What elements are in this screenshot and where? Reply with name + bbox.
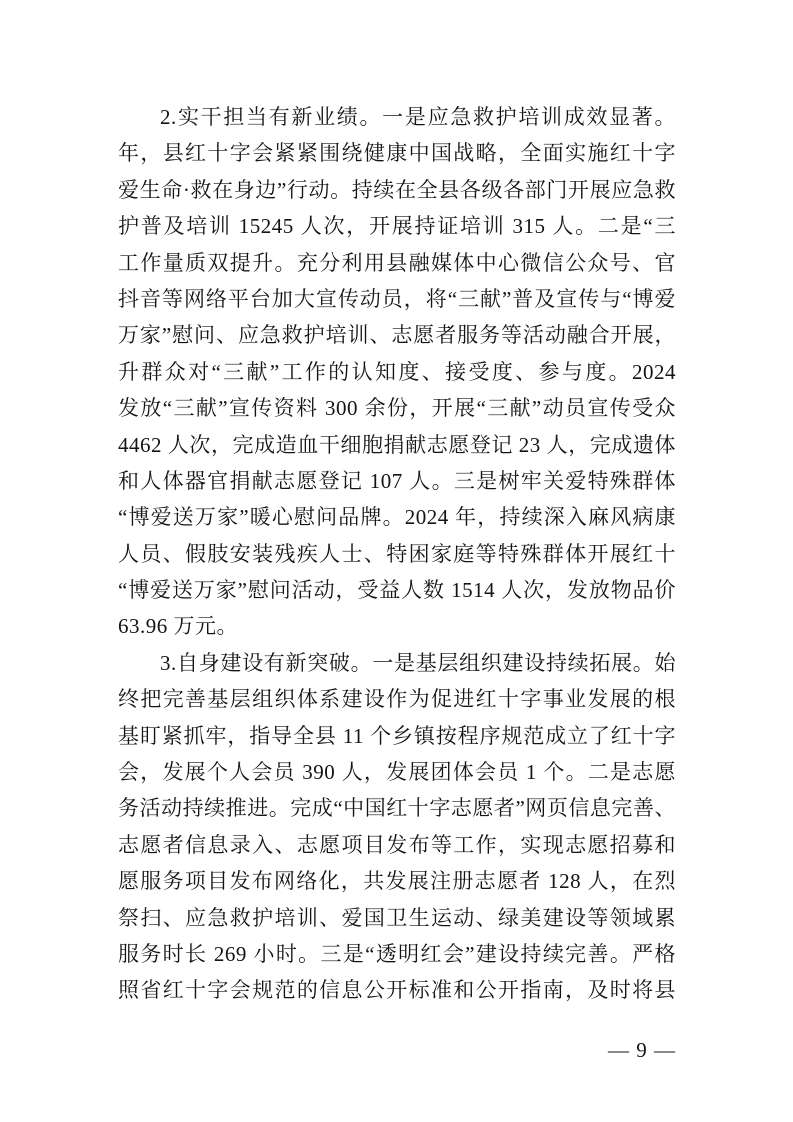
text-line: 63.96 万元。 bbox=[118, 608, 676, 644]
text-line: 照省红十字会规范的信息公开标准和公开指南，及时将县红 bbox=[118, 972, 676, 1008]
document-body: 2.实干担当有新业绩。一是应急救护培训成效显著。2024年，县红十字会紧紧围绕健… bbox=[118, 99, 676, 1009]
text-line: 爱生命·救在身边”行动。持续在全县各级各部门开展应急救 bbox=[118, 172, 676, 208]
paragraph-section-2: 2.实干担当有新业绩。一是应急救护培训成效显著。2024年，县红十字会紧紧围绕健… bbox=[118, 99, 676, 645]
text-line: “博爱送万家”暖心慰问品牌。2024 年，持续深入麻风病康复 bbox=[118, 499, 676, 535]
document-page: 2.实干担当有新业绩。一是应急救护培训成效显著。2024年，县红十字会紧紧围绕健… bbox=[0, 0, 793, 1122]
text-line: “博爱送万家”慰问活动，受益人数 1514 人次，发放物品价值 bbox=[118, 572, 676, 608]
text-line: 升群众对“三献”工作的认知度、接受度、参与度。2024 年， bbox=[118, 354, 676, 390]
text-line: 和人体器官捐献志愿登记 107 人。三是树牢关爱特殊群体的 bbox=[118, 463, 676, 499]
text-line: 人员、假肢安装残疾人士、特困家庭等特殊群体开展红十字 bbox=[118, 536, 676, 572]
text-line: 工作量质双提升。充分利用县融媒体中心微信公众号、官方 bbox=[118, 245, 676, 281]
text-line: 护普及培训 15245 人次，开展持证培训 315 人。二是“三献” bbox=[118, 208, 676, 244]
text-line: 终把完善基层组织体系建设作为促进红十字事业发展的根 bbox=[118, 681, 676, 717]
text-line: 祭扫、应急救护培训、爱国卫生运动、绿美建设等领域累计 bbox=[118, 900, 676, 936]
text-line: 服务时长 269 小时。三是“透明红会”建设持续完善。严格按 bbox=[118, 936, 676, 972]
text-line: 会，发展个人会员 390 人，发展团体会员 1 个。二是志愿服 bbox=[118, 754, 676, 790]
text-line: 万家”慰问、应急救护培训、志愿者服务等活动融合开展，提 bbox=[118, 317, 676, 353]
text-line: 基盯紧抓牢，指导全县 11 个乡镇按程序规范成立了红十字 bbox=[118, 718, 676, 754]
text-line: 愿服务项目发布网络化，共发展注册志愿者 128 人，在烈士 bbox=[118, 863, 676, 899]
text-line: 志愿者信息录入、志愿项目发布等工作，实现志愿招募和志 bbox=[118, 827, 676, 863]
text-line: 抖音等网络平台加大宣传动员，将“三献”普及宣传与“博爱送 bbox=[118, 281, 676, 317]
page-number: — 9 — bbox=[608, 1036, 676, 1064]
text-line: 4462 人次，完成造血干细胞捐献志愿登记 23 人，完成遗体 bbox=[118, 427, 676, 463]
text-line: 年，县红十字会紧紧围绕健康中国战略，全面实施红十字“关 bbox=[118, 135, 676, 171]
paragraph-section-3: 3.自身建设有新突破。一是基层组织建设持续拓展。始终把完善基层组织体系建设作为促… bbox=[118, 645, 676, 1009]
text-line: 2.实干担当有新业绩。一是应急救护培训成效显著。2024 bbox=[118, 99, 676, 135]
text-line: 发放“三献”宣传资料 300 余份，开展“三献”动员宣传受众 bbox=[118, 390, 676, 426]
text-line: 务活动持续推进。完成“中国红十字志愿者”网页信息完善、 bbox=[118, 790, 676, 826]
text-line: 3.自身建设有新突破。一是基层组织建设持续拓展。始 bbox=[118, 645, 676, 681]
